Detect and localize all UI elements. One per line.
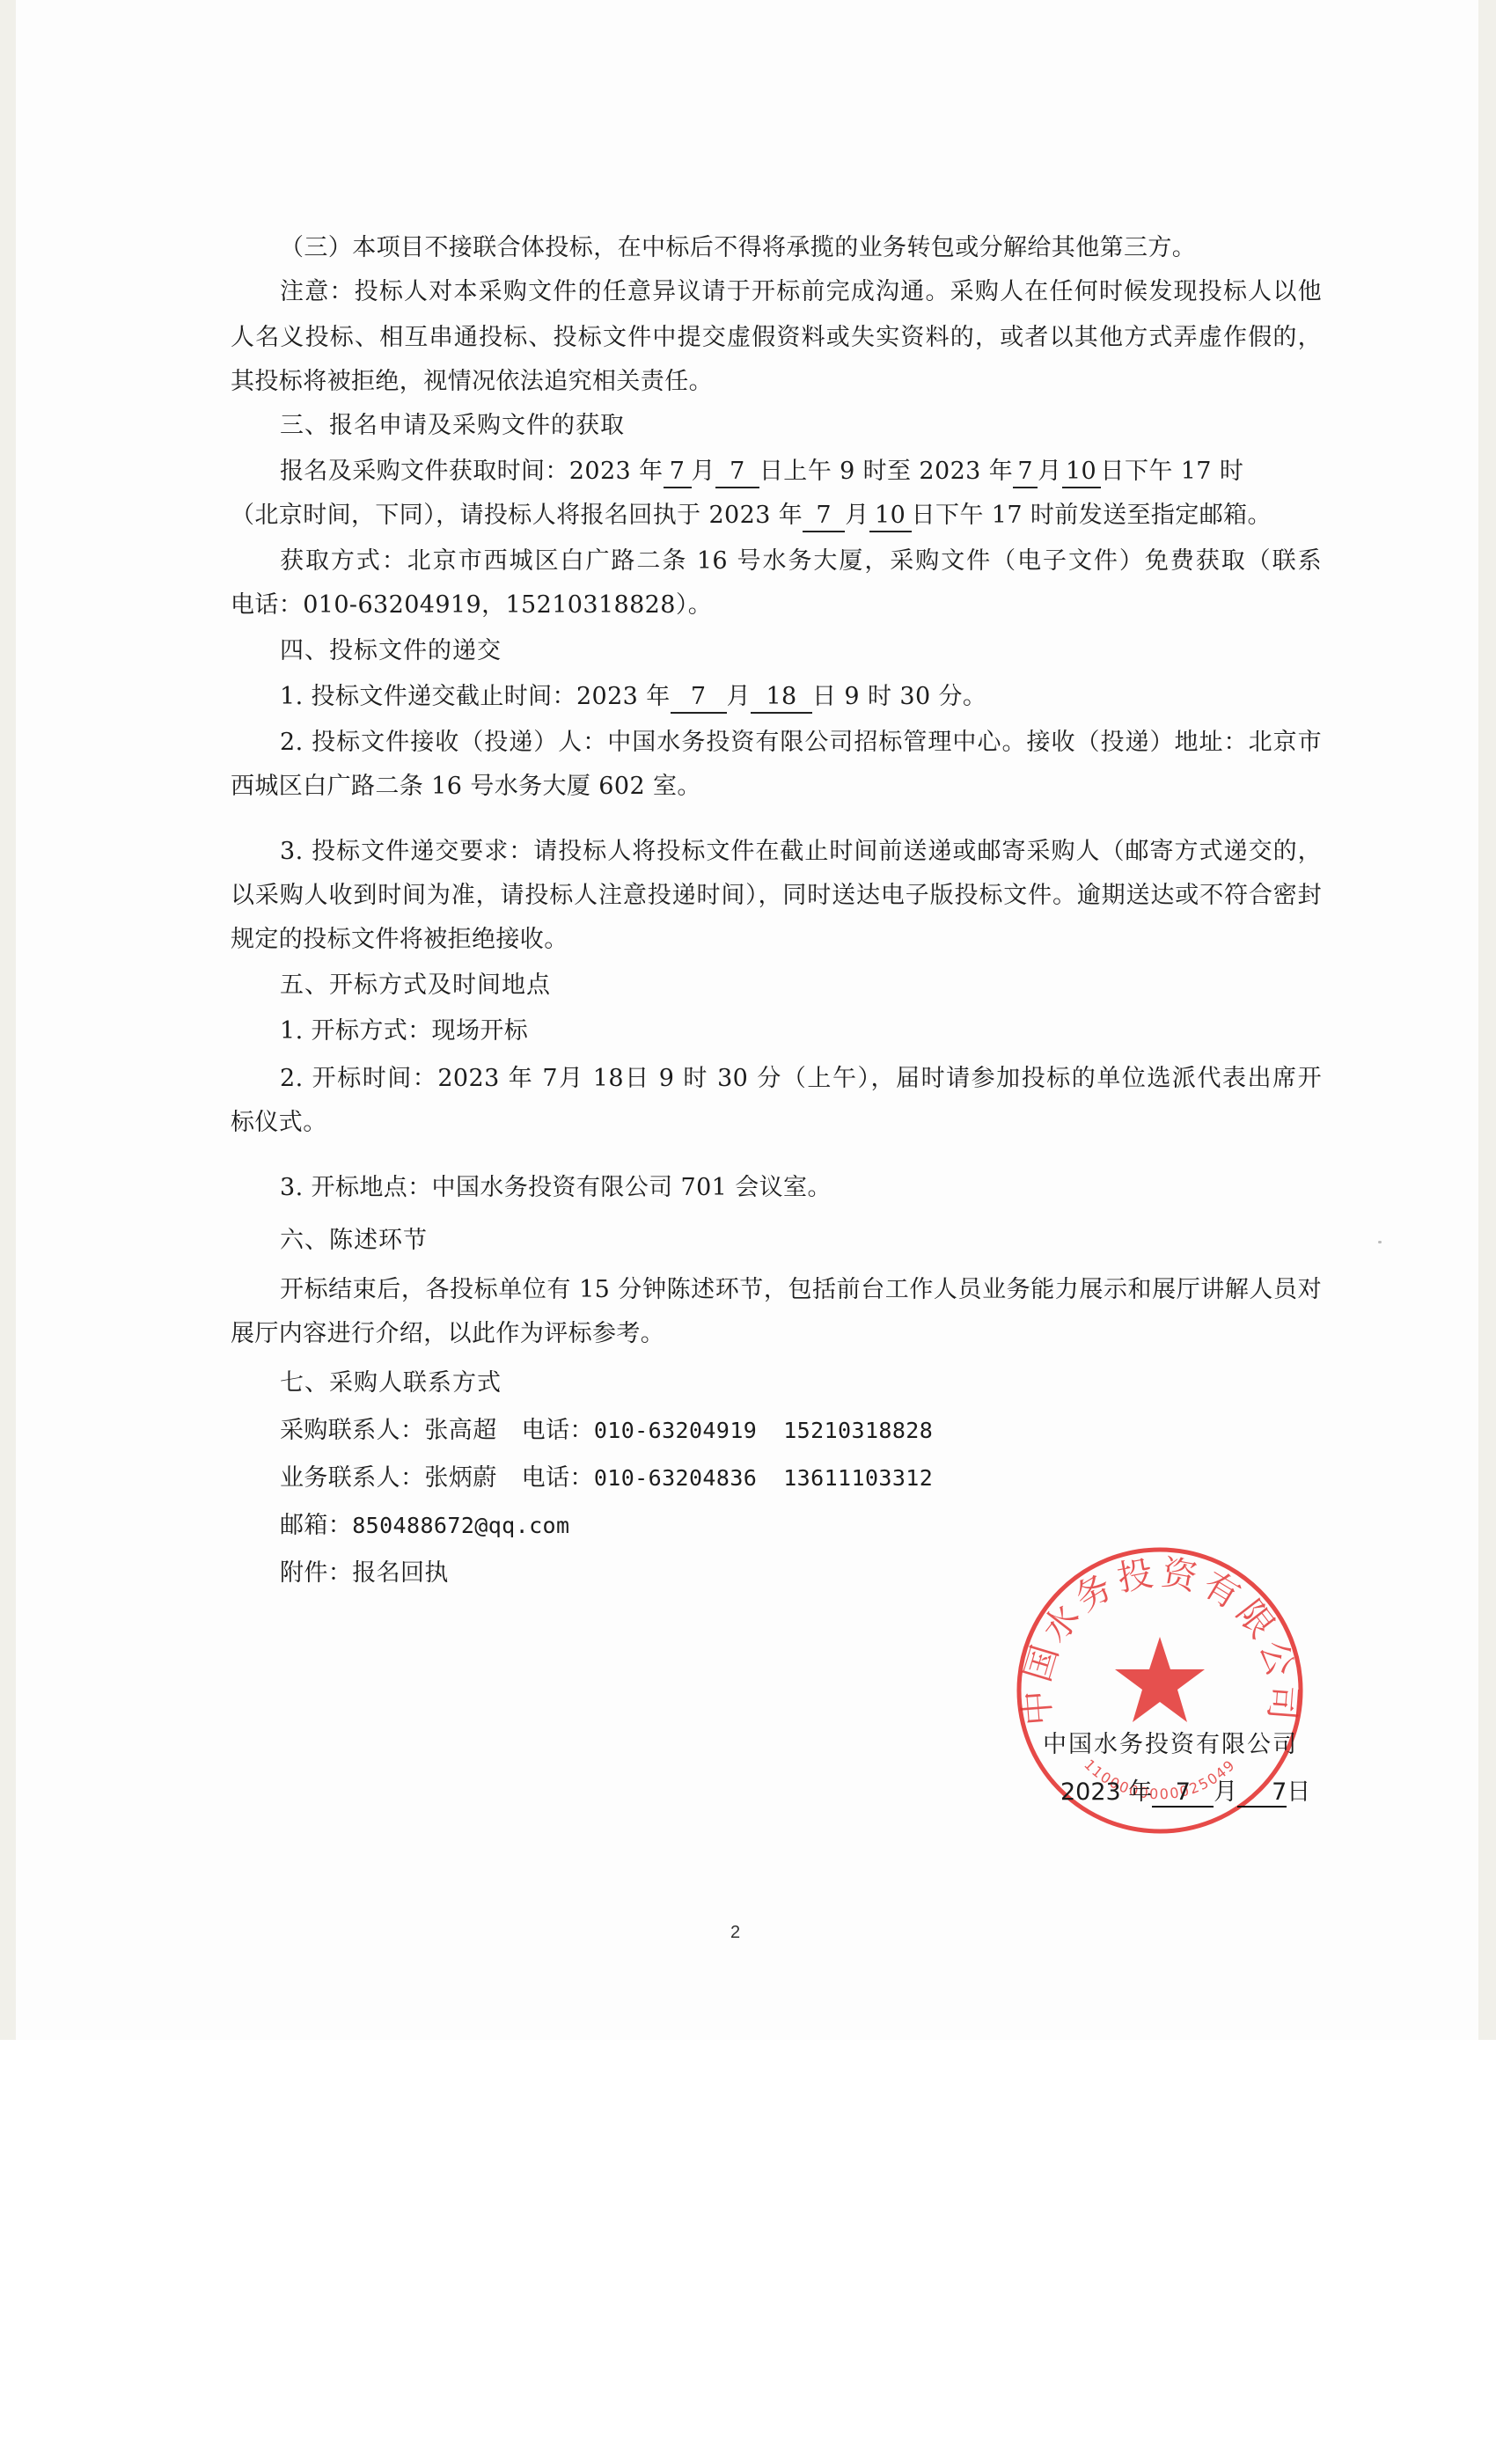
contact-business: 业务联系人：张炳蔚电话：010-6320483613611103312 [280,1461,1322,1496]
day-field: 18 [751,682,812,714]
section-heading-contact: 七、采购人联系方式 [280,1366,1322,1401]
attachment-name: 报名回执 [352,1559,449,1587]
mobile: 13611103312 [783,1465,933,1491]
text: 月 [1214,1778,1237,1806]
text: （北京时间，下同），请投标人将报名回执于 2023 年 [231,502,803,529]
contact-procurement: 采购联系人：张高超电话：010-6320491915210318828 [280,1413,1322,1448]
text: 月 [1038,458,1061,485]
contact-name: 张炳蔚 [424,1464,496,1492]
mobile: 15210318828 [783,1418,933,1443]
acquisition-method-cont: 电话：010-63204919，15210318828）。 [231,588,1322,623]
submission-requirements: 3. 投标文件递交要求：请投标人将投标文件在截止时间前送递或邮寄采购人（邮寄方式… [280,834,1322,869]
month-field: 7 [1013,457,1038,488]
submission-recipient: 2. 投标文件接收（投递）人：中国水务投资有限公司招标管理中心。接收（投递）地址… [280,725,1322,760]
section-heading-registration: 三、报名申请及采购文件的获取 [280,408,1322,444]
opening-method: 1. 开标方式：现场开标 [280,1014,1322,1049]
date-month: 7 [1152,1779,1214,1808]
day-field: 7 [715,457,759,488]
submission-requirements-cont: 规定的投标文件将被拒绝接收。 [231,922,1322,957]
landline: 010-63204836 [594,1465,757,1491]
paragraph-no-consortium: （三）本项目不接联合体投标，在中标后不得将承揽的业务转包或分解给其他第三方。 [280,231,1322,266]
contact-role: 业务联系人： [280,1464,424,1492]
month-field: 7 [664,457,692,488]
submission-requirements-cont: 以采购人收到时间为准，请投标人注意投递时间），同时送达电子版投标文件。逾期送达或… [231,878,1322,913]
acquisition-method: 获取方式：北京市西城区白广路二条 16 号水务大厦，采购文件（电子文件）免费获取… [280,544,1322,579]
opening-time: 2. 开标时间：2023 年 7月 18日 9 时 30 分（上午），届时请参加… [280,1061,1322,1096]
email-label: 邮箱： [280,1512,352,1539]
text: 日上午 9 时至 2023 年 [759,458,1013,485]
registration-deadline-line: （北京时间，下同），请投标人将报名回执于 2023 年7月10日下午 17 时前… [231,498,1322,533]
attachment-label: 附件： [280,1559,352,1587]
day-field: 10 [1062,457,1101,488]
signature-date: 2023 年7月7日 [1060,1778,1310,1808]
date-year: 2023 年 [1060,1778,1152,1806]
text: 1. 投标文件递交截止时间：2023 年 [280,683,671,710]
presentation-body-cont: 展厅内容进行介绍，以此作为评标参考。 [231,1316,1322,1352]
registration-time-line: 报名及采购文件获取时间：2023 年7月7日上午 9 时至 2023 年7月10… [280,454,1322,489]
text: 月 [727,683,751,710]
paragraph-note-cont: 其投标将被拒绝，视情况依法追究相关责任。 [231,364,1322,400]
page-number: 2 [730,1923,740,1943]
text: 日 9 时 30 分。 [812,683,986,710]
section-heading-opening: 五、开标方式及时间地点 [280,968,1322,1003]
month-field: 7 [671,682,727,714]
phone-label: 电话： [522,1417,594,1444]
email-link[interactable]: 850488672@qq.com [352,1513,569,1538]
day-field: 10 [869,501,912,532]
text: 日下午 17 时前发送至指定邮箱。 [912,502,1272,529]
opening-location: 3. 开标地点：中国水务投资有限公司 701 会议室。 [280,1170,1322,1206]
text: 日下午 17 时 [1101,458,1244,485]
submission-deadline: 1. 投标文件递交截止时间：2023 年7月18日 9 时 30 分。 [280,679,1322,715]
text: 日 [1287,1778,1310,1806]
section-heading-submission: 四、投标文件的递交 [280,634,1322,669]
text: 月 [845,502,869,529]
landline: 010-63204919 [594,1418,757,1443]
submission-recipient-cont: 西城区白广路二条 16 号水务大厦 602 室。 [231,769,1322,804]
scan-speck [1378,1241,1382,1243]
contact-email: 邮箱：850488672@qq.com [280,1508,1322,1544]
month-field: 7 [803,501,845,532]
text: 月 [692,458,715,485]
paragraph-note-cont: 人名义投标、相互串通投标、投标文件中提交虚假资料或失实资料的，或者以其他方式弄虚… [231,320,1322,356]
text: 报名及采购文件获取时间：2023 年 [280,458,664,485]
phone-label: 电话： [522,1464,594,1492]
opening-time-cont: 标仪式。 [231,1105,1322,1140]
section-heading-presentation: 六、陈述环节 [280,1223,1322,1258]
contact-name: 张高超 [424,1417,496,1444]
paragraph-note: 注意：投标人对本采购文件的任意异议请于开标前完成沟通。采购人在任何时候发现投标人… [280,275,1322,310]
date-day: 7 [1237,1779,1287,1808]
contact-role: 采购联系人： [280,1417,424,1444]
presentation-body: 开标结束后，各投标单位有 15 分钟陈述环节，包括前台工作人员业务能力展示和展厅… [280,1272,1322,1308]
signature-company: 中国水务投资有限公司 [1043,1730,1298,1760]
